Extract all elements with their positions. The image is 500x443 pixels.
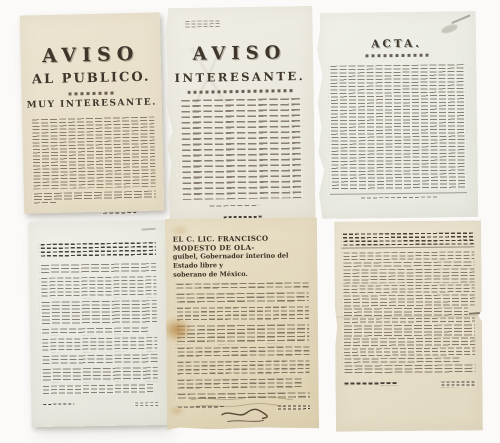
typographic-ornament: [69, 91, 115, 95]
paragraph: [175, 325, 309, 345]
paragraph: [175, 283, 309, 291]
printed-letterhead-stamp: [184, 20, 220, 29]
signature-right: [133, 402, 159, 407]
handwritten-inscription: [185, 392, 301, 429]
imprint-signature-line: [102, 212, 137, 215]
body-text-block: [179, 98, 304, 200]
title-aviso: AVISO: [166, 42, 313, 65]
paragraph: [176, 361, 310, 377]
paragraph: [40, 337, 158, 353]
bottom-rule: [330, 192, 467, 195]
paragraph: [342, 337, 474, 346]
title-interesante: INTERESANTE.: [166, 69, 313, 85]
signature-left-bold: [343, 382, 399, 385]
heading-rule: [342, 246, 474, 248]
signature-left: [41, 403, 74, 406]
rule-ornament: [365, 54, 429, 58]
paragraph: [41, 384, 153, 396]
signature-right: [439, 381, 475, 387]
paragraph: [343, 364, 475, 373]
paragraph: [342, 324, 474, 336]
footnote-text: [32, 191, 155, 201]
footnote-stub: [32, 202, 57, 205]
dateline: [207, 205, 259, 208]
paragraph: [40, 367, 158, 383]
document-acta: ACTA.: [317, 11, 479, 219]
title-al-publico: AL PUBLICO.: [21, 69, 161, 87]
heading-text-block: [38, 242, 156, 259]
paragraph: [39, 263, 157, 275]
paragraph: [39, 276, 157, 299]
document-decree-bottom-left: [28, 220, 168, 427]
document-broadside-bottom-right: [334, 220, 483, 431]
letterhead-lines: [184, 20, 220, 29]
heading-text-block: [342, 232, 474, 245]
heading-line-2: guibel, Gobernador interino del Estado l…: [173, 252, 310, 271]
smudge-stain: [440, 23, 458, 35]
stain-bottom-left: [169, 406, 185, 416]
pencil-mark: [141, 228, 155, 230]
photo-of-six-broadsides: AVISO AL PUBLICO. MUY INTERESANTE. AVISO…: [0, 0, 500, 443]
printer-imprint-line: [359, 197, 438, 200]
paragraph: [175, 293, 309, 305]
title-aviso: AVISO: [20, 42, 160, 67]
paragraph: [39, 300, 157, 326]
document-olaguibel-proclamation: EL C. LIC. FRANCISCO MODESTO DE OLA- gui…: [165, 217, 319, 430]
paragraph: [342, 294, 474, 306]
paragraph: [342, 284, 474, 293]
body-text-block: [31, 117, 156, 190]
paragraph: [40, 354, 158, 366]
paragraph: [343, 358, 459, 364]
pencil-mark: [451, 14, 470, 23]
rule-ornament: [187, 89, 293, 94]
document-aviso-interesante: AVISO INTERESANTE.: [165, 6, 315, 221]
paragraph: [342, 268, 474, 283]
document-aviso-al-publico: AVISO AL PUBLICO. MUY INTERESANTE.: [20, 12, 164, 213]
paragraph: [342, 261, 474, 267]
paragraph: [40, 327, 148, 336]
paragraph: [343, 347, 475, 356]
body-text-block: [329, 64, 467, 190]
heading-line-3: soberano de México.: [173, 269, 310, 279]
paragraph: [342, 317, 474, 323]
heading-line-1: EL C. LIC. FRANCISCO MODESTO DE OLA-: [173, 233, 310, 253]
paragraph: [175, 307, 309, 323]
paragraph: [175, 347, 309, 359]
tagline-muy-interesante: MUY INTERESANTE.: [22, 97, 162, 110]
paragraph: [342, 251, 474, 260]
title-acta: ACTA.: [317, 37, 476, 51]
proclamation-heading: EL C. LIC. FRANCISCO MODESTO DE OLA- gui…: [173, 233, 310, 279]
paragraph: [176, 379, 302, 391]
